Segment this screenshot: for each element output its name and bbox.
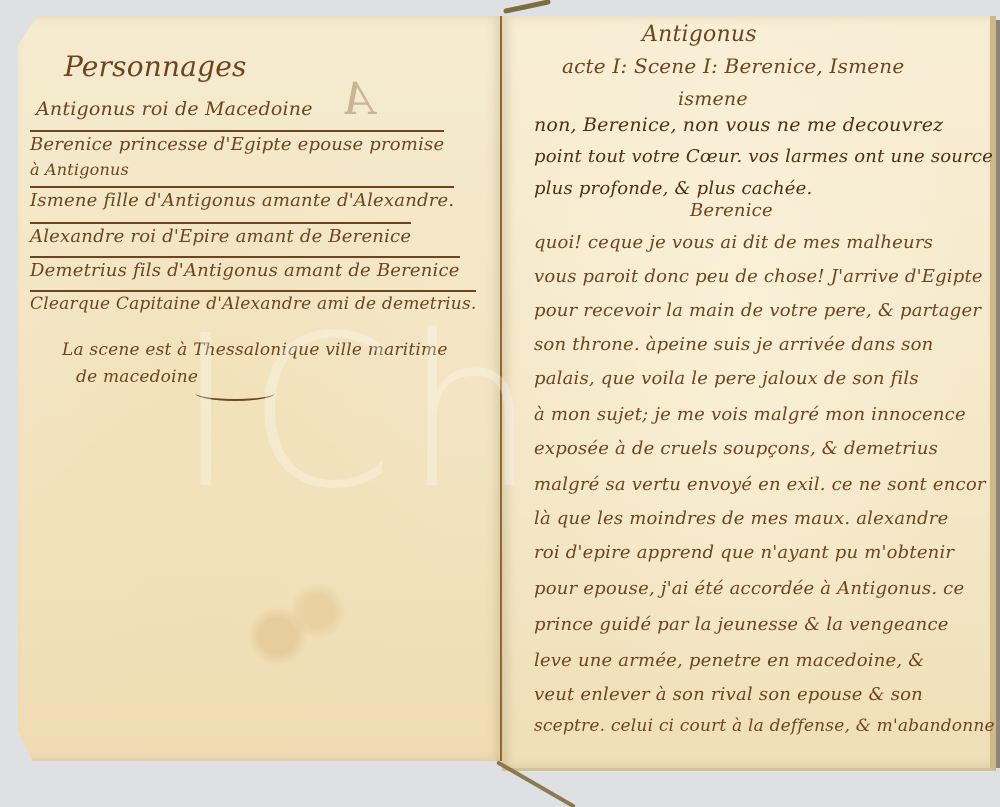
dialogue-line: sceptre. celui ci court à la deffense, &… — [534, 716, 995, 736]
dialogue-line: non, Berenice, non vous ne me decouvrez — [534, 114, 943, 136]
dialogue-line: plus profonde, & plus cachée. — [534, 178, 812, 199]
character-name: Clearque — [30, 294, 110, 314]
dialogue-line: pour recevoir la main de votre pere, & p… — [534, 300, 981, 321]
character-entry: Demetrius fils d'Antigonus amant de Bere… — [30, 256, 460, 281]
character-description: roi d'Epire amant de Berenice — [130, 226, 411, 247]
character-entry: Ismene fille d'Antigonus amante d'Alexan… — [30, 186, 454, 211]
dialogue-line: vous paroit donc peu de chose! J'arrive … — [534, 266, 983, 287]
character-entry: Berenice princesse d'Egipte epouse promi… — [30, 130, 444, 155]
dialogue-line: quoi! ceque je vous ai dit de mes malheu… — [534, 232, 933, 253]
act-scene-heading: acte I: Scene I: Berenice, Ismene — [562, 54, 904, 78]
dialogue-line: palais, que voila le pere jaloux de son … — [534, 368, 919, 389]
play-title: Antigonus — [642, 22, 757, 47]
dialogue-line: exposée à de cruels soupçons, & demetriu… — [534, 438, 938, 459]
dialogue-line: à mon sujet; je me vois malgré mon innoc… — [534, 404, 966, 425]
character-name: Demetrius — [30, 260, 127, 281]
dialogue-line: pour epouse, j'ai été accordée à Antigon… — [534, 578, 964, 599]
character-entry: Antigonus roi de Macedoine — [36, 98, 313, 120]
personnages-heading: Personnages — [64, 50, 247, 83]
dialogue-line: roi d'epire apprend que n'ayant pu m'obt… — [534, 542, 954, 563]
character-entry: Alexandre roi d'Epire amant de Berenice — [30, 222, 411, 247]
setting-line: de macedoine — [76, 367, 198, 387]
bleed-through-mark: A — [342, 74, 374, 125]
dialogue-line: son throne. àpeine suis je arrivée dans … — [534, 334, 933, 355]
character-description: princesse d'Egipte epouse promise — [119, 134, 445, 155]
character-entry: Clearque Capitaine d'Alexandre ami de de… — [30, 290, 476, 314]
character-name: Berenice — [30, 134, 113, 155]
character-name: Ismene — [30, 190, 98, 211]
character-description: fille d'Antigonus amante d'Alexandre. — [103, 190, 454, 211]
speaker-label: Berenice — [690, 200, 773, 221]
manuscript-spread: A Personnages Antigonus roi de Macedoine… — [0, 0, 1000, 807]
character-continuation: à Antigonus — [30, 160, 129, 179]
binding-string-top — [503, 0, 551, 14]
dialogue-line: leve une armée, penetre en macedoine, & — [534, 650, 924, 671]
character-description: roi de Macedoine — [142, 98, 313, 120]
flourish-decoration — [195, 385, 275, 401]
character-description: Capitaine d'Alexandre ami de demetrius. — [116, 294, 477, 314]
speaker-label: ismene — [678, 88, 748, 110]
character-description: fils d'Antigonus amant de Berenice — [133, 260, 460, 281]
setting-line: La scene est à Thessalonique ville marit… — [62, 340, 448, 360]
dialogue-line: là que les moindres de mes maux. alexand… — [534, 508, 948, 529]
dialogue-line: prince guidé par la jeunesse & la vengea… — [534, 614, 949, 635]
character-name: Antigonus — [36, 98, 135, 120]
dialogue-line: veut enlever à son rival son epouse & so… — [534, 684, 923, 705]
dialogue-line: point tout votre Cœur. vos larmes ont un… — [534, 146, 993, 167]
book-spine — [500, 16, 502, 761]
character-name: Alexandre — [30, 226, 124, 247]
dialogue-line: malgré sa vertu envoyé en exil. ce ne so… — [534, 474, 986, 495]
